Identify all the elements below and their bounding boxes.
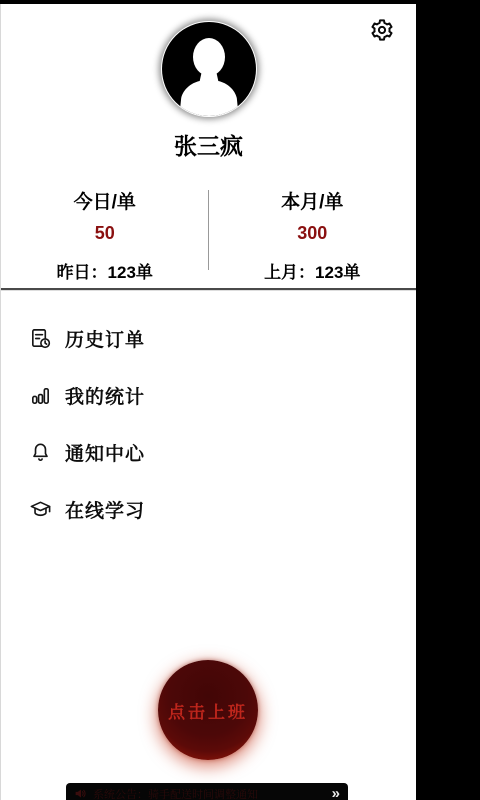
drawer-menu: 历史订单 我的统计 <box>1 310 416 538</box>
stat-today-label: 今日/单 <box>1 187 209 214</box>
stats-vertical-divider <box>208 190 209 270</box>
stat-today: 今日/单 50 昨日：123单 <box>1 187 209 283</box>
notice-more-chevrons[interactable]: » <box>332 786 340 800</box>
menu-item-label: 通知中心 <box>65 439 145 466</box>
drawer-dim-overlay[interactable] <box>416 0 480 800</box>
gear-icon <box>370 18 394 42</box>
clock-in-button[interactable]: 点击上班 <box>158 660 258 760</box>
menu-item-label: 在线学习 <box>65 496 145 523</box>
profile-drawer: 张三疯 今日/单 50 昨日：123单 本月/单 300 上月：123单 <box>0 4 416 800</box>
person-silhouette-icon <box>161 21 257 117</box>
stat-yesterday: 昨日：123单 <box>1 258 209 283</box>
avatar[interactable] <box>161 21 257 117</box>
clock-in-label: 点击上班 <box>168 698 248 723</box>
menu-item-notification-center[interactable]: 通知中心 <box>1 424 416 481</box>
stat-last-month: 上月：123单 <box>209 258 417 283</box>
settings-button[interactable] <box>370 18 394 42</box>
stat-month-value: 300 <box>209 223 417 244</box>
menu-item-label: 我的统计 <box>65 382 145 409</box>
bar-chart-icon <box>29 384 52 407</box>
menu-item-label: 历史订单 <box>65 325 145 352</box>
menu-item-order-history[interactable]: 历史订单 <box>1 310 416 367</box>
user-name: 张三疯 <box>1 128 416 161</box>
graduation-cap-icon <box>29 498 52 521</box>
speaker-icon <box>74 787 87 800</box>
notice-text: 系统公告：骑手配送时间调整通知 <box>93 786 326 800</box>
stat-today-value: 50 <box>1 223 209 244</box>
order-history-icon <box>29 327 52 350</box>
menu-item-my-statistics[interactable]: 我的统计 <box>1 367 416 424</box>
notice-marquee-bar[interactable]: 系统公告：骑手配送时间调整通知 » <box>66 783 348 800</box>
bell-icon <box>29 441 52 464</box>
menu-item-online-learning[interactable]: 在线学习 <box>1 481 416 538</box>
stat-month: 本月/单 300 上月：123单 <box>209 187 417 283</box>
header-bottom-divider <box>1 288 416 291</box>
app-screen: 张三疯 今日/单 50 昨日：123单 本月/单 300 上月：123单 <box>0 0 480 800</box>
stat-month-label: 本月/单 <box>209 187 417 214</box>
